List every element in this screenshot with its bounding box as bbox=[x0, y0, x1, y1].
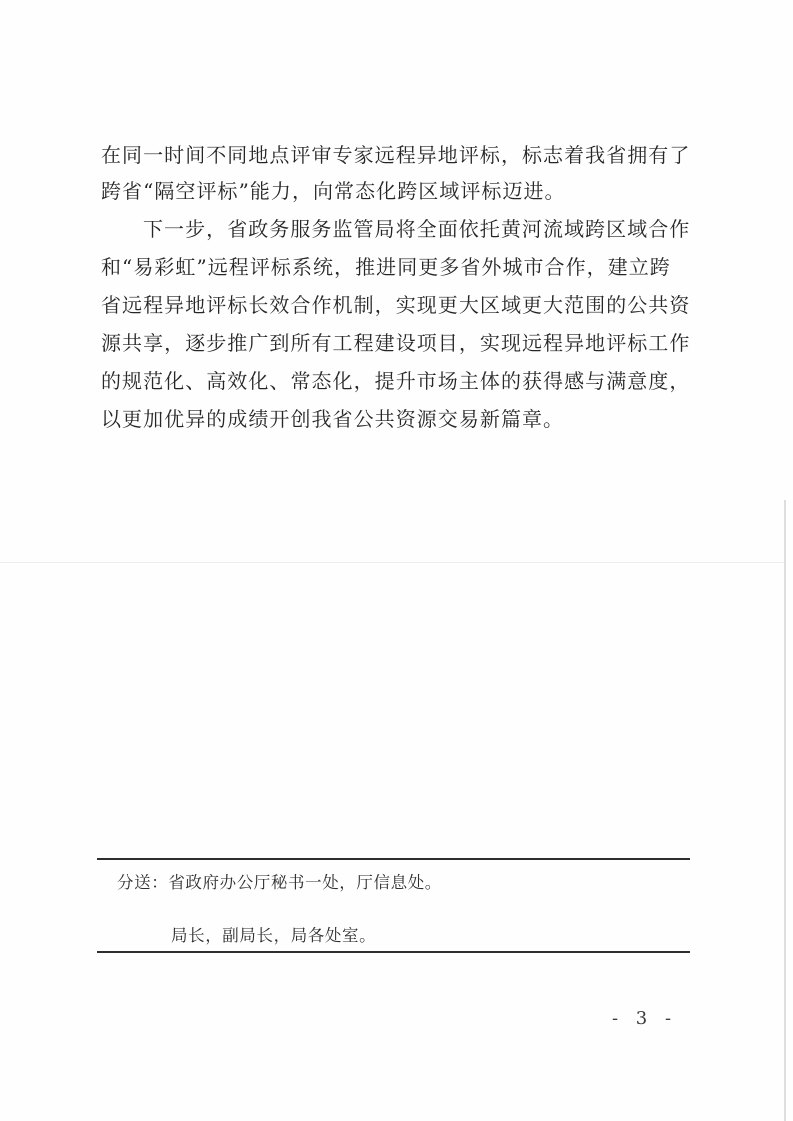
body-text-line: 的规范化、高效化、常态化，提升市场主体的获得感与满意度， bbox=[101, 366, 690, 396]
page-number: - 3 - bbox=[612, 1008, 677, 1029]
distribution-bottom-rule bbox=[97, 951, 690, 953]
scan-fold-line bbox=[0, 562, 786, 563]
document-page: 在同一时间不同地点评审专家远程异地评标，标志着我省拥有了 跨省“隔空评标”能力，… bbox=[0, 0, 793, 1121]
body-text-line: 以更加优异的成绩开创我省公共资源交易新篇章。 bbox=[101, 404, 564, 434]
body-text-line: 下一步，省政务服务监管局将全面依托黄河流域跨区域合作 bbox=[143, 214, 690, 244]
body-text-line: 跨省“隔空评标”能力，向常态化跨区域评标迈进。 bbox=[101, 176, 566, 206]
distribution-label: 分送： bbox=[117, 873, 168, 892]
distribution-recipients-2: 局长，副局长，局各处室。 bbox=[171, 924, 376, 948]
body-text-line: 和“易彩虹”远程评标系统，推进同更多省外城市合作，建立跨 bbox=[101, 252, 671, 282]
body-text-line: 在同一时间不同地点评审专家远程异地评标，标志着我省拥有了 bbox=[101, 140, 690, 170]
distribution-top-rule bbox=[97, 858, 690, 860]
distribution-recipients-1: 省政府办公厅秘书一处，厅信息处。 bbox=[168, 873, 442, 892]
scan-page-edge bbox=[784, 500, 786, 1121]
distribution-line-1: 分送：省政府办公厅秘书一处，厅信息处。 bbox=[117, 871, 442, 895]
body-text-line: 省远程异地评标长效合作机制，实现更大区域更大范围的公共资 bbox=[101, 290, 690, 320]
body-text-line: 源共享，逐步推广到所有工程建设项目，实现远程异地评标工作 bbox=[101, 328, 690, 358]
